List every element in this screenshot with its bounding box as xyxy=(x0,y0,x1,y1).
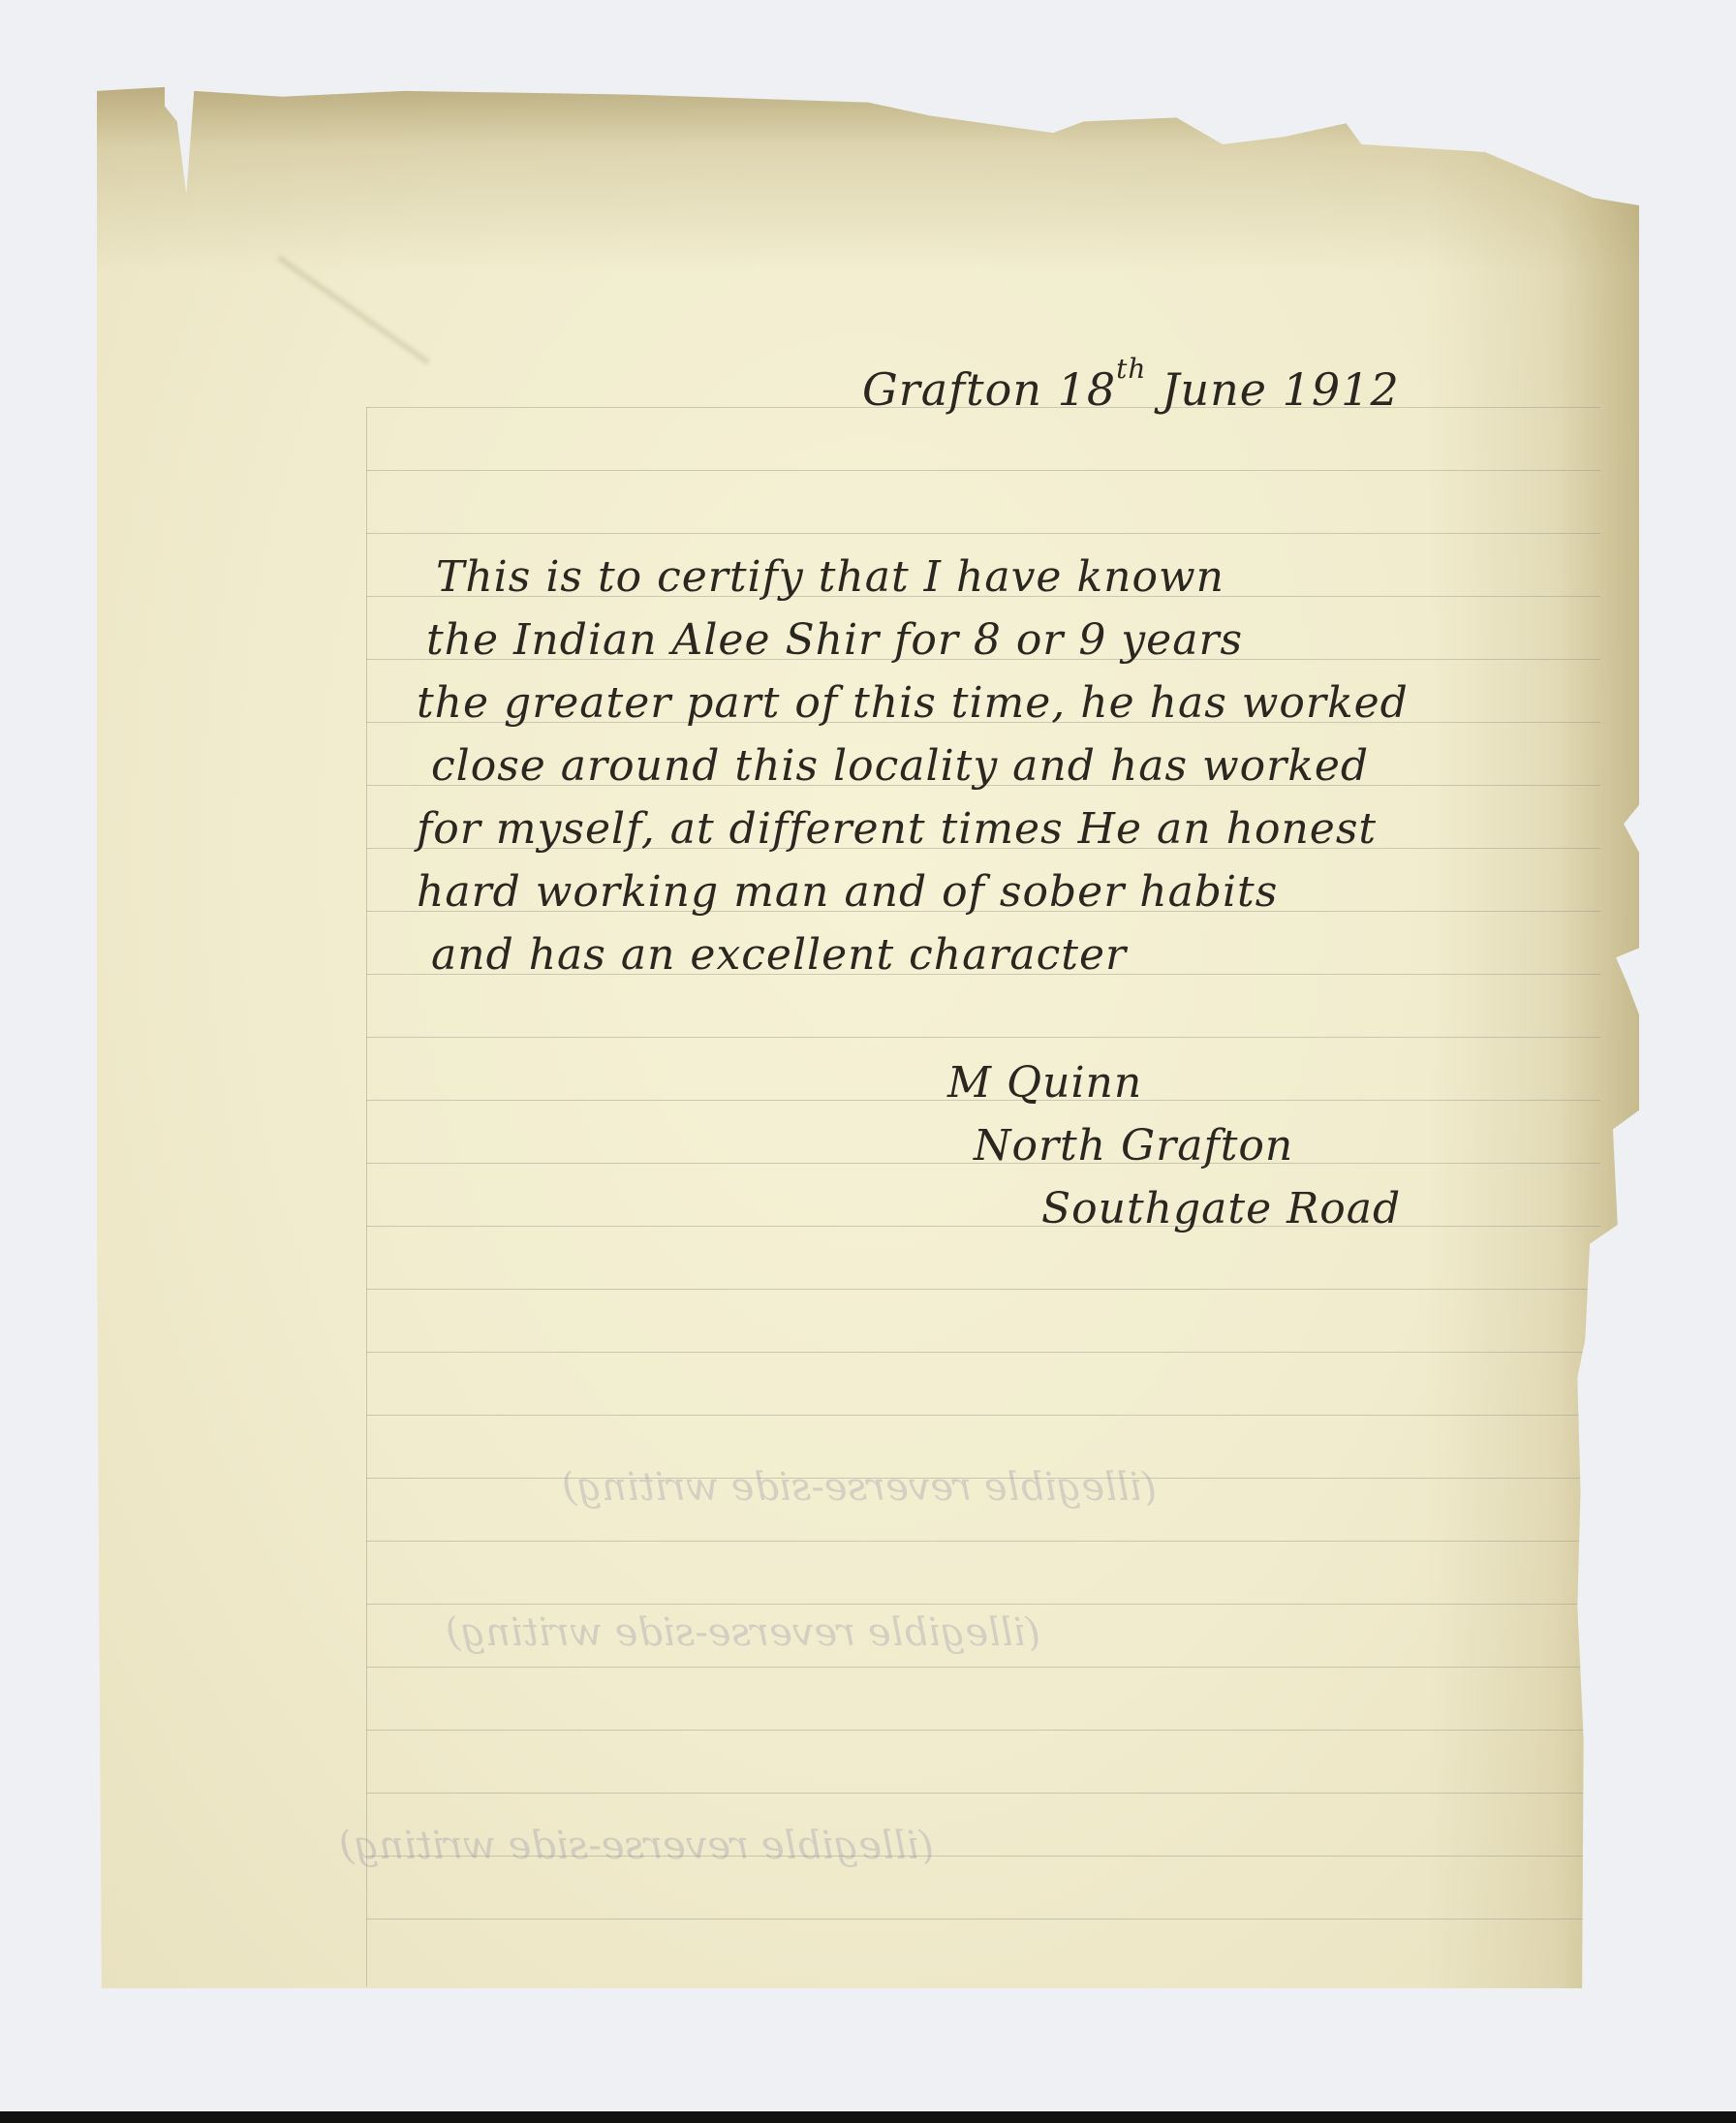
date-month: June xyxy=(1162,363,1267,416)
ruled-line xyxy=(366,1352,1600,1353)
ruled-line xyxy=(366,1415,1600,1416)
ruled-line xyxy=(366,533,1600,534)
date-day-suffix: th xyxy=(1116,353,1146,385)
date-place: Grafton xyxy=(862,363,1042,416)
date-line: Grafton 18th June 1912 xyxy=(862,353,1400,416)
bleed-through-text: (illegible reverse-side writing) xyxy=(339,1824,934,1868)
bleed-through-text: (illegible reverse-side writing) xyxy=(446,1610,1040,1655)
signature-name: M Quinn xyxy=(947,1058,1142,1108)
body-line: This is to certify that I have known xyxy=(436,552,1224,602)
top-edge-stain xyxy=(97,79,1639,273)
ruled-line xyxy=(366,1226,1600,1227)
signature-address-line-1: North Grafton xyxy=(974,1121,1293,1171)
ruled-line xyxy=(366,1037,1600,1038)
letter-paper: (illegible reverse-side writing) (illegi… xyxy=(97,79,1639,1988)
body-line: hard working man and of sober habits xyxy=(417,867,1278,917)
bleed-through-text: (illegible reverse-side writing) xyxy=(562,1465,1157,1510)
margin-line xyxy=(366,407,367,1986)
ruled-line xyxy=(366,1541,1600,1542)
ruled-line xyxy=(366,1919,1600,1920)
body-line: the greater part of this time, he has wo… xyxy=(417,678,1409,728)
date-day: 18 xyxy=(1058,363,1117,416)
scanner-edge xyxy=(0,2111,1736,2123)
ruled-line xyxy=(366,1289,1600,1290)
ruled-line xyxy=(366,1793,1600,1794)
body-line: close around this locality and has worke… xyxy=(431,741,1369,791)
body-line: for myself, at different times He an hon… xyxy=(417,804,1377,854)
ruled-line xyxy=(366,1604,1600,1605)
ruled-line xyxy=(366,1730,1600,1731)
fold-crease xyxy=(276,255,430,365)
body-line: and has an excellent character xyxy=(431,930,1127,980)
body-line: the Indian Alee Shir for 8 or 9 years xyxy=(426,615,1243,665)
right-edge-stain xyxy=(1426,79,1639,1988)
ruled-line xyxy=(366,470,1600,471)
date-year: 1912 xyxy=(1283,363,1400,416)
signature-address-line-2: Southgate Road xyxy=(1041,1184,1401,1233)
ruled-line xyxy=(366,1667,1600,1668)
